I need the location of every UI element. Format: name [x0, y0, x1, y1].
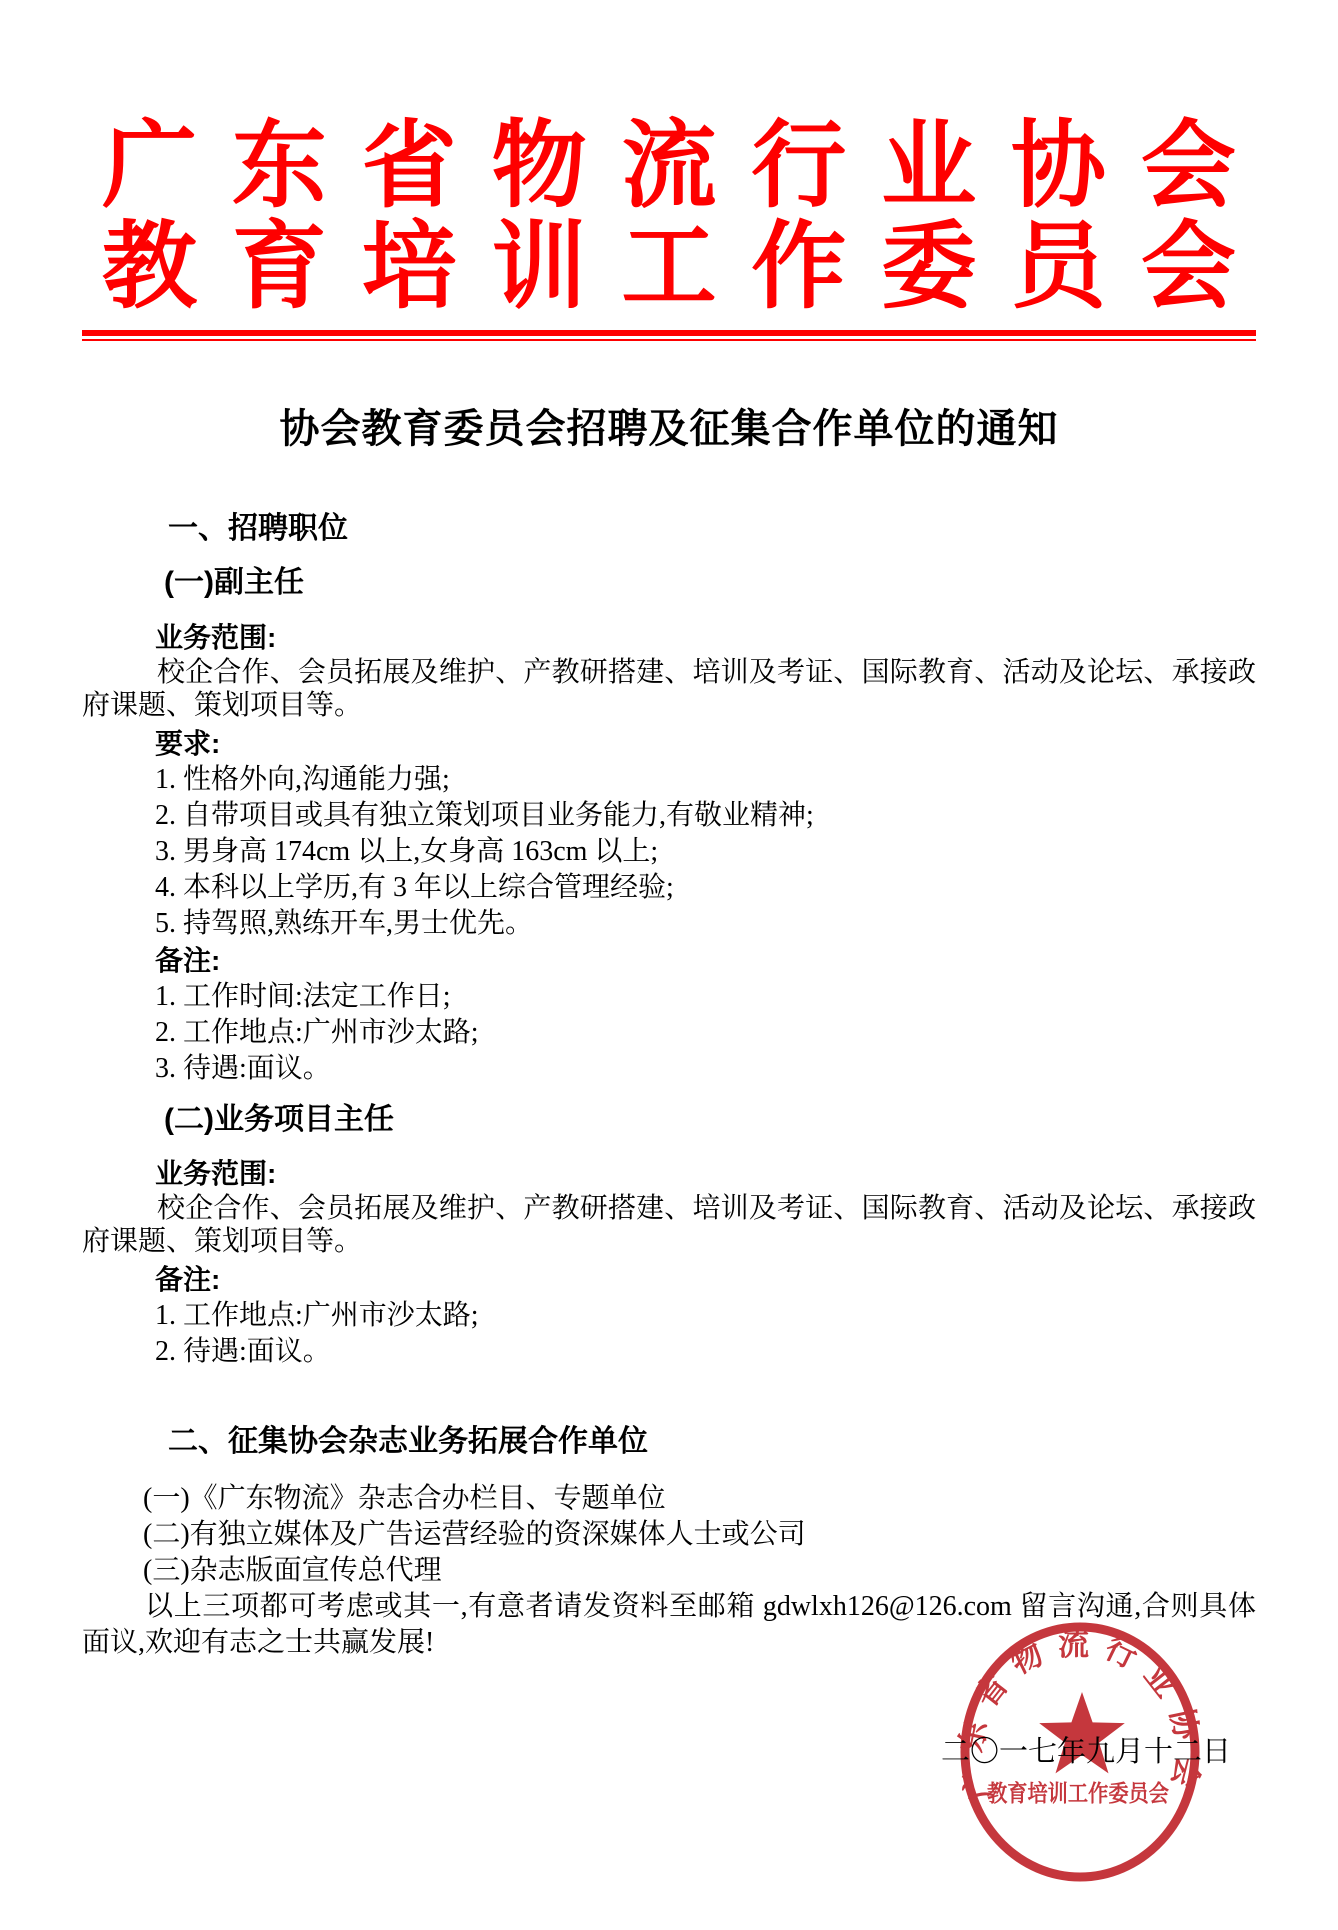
letterhead-line-1: 广东省物流行业协会	[82, 116, 1256, 217]
position-2-heading: (二)业务项目主任	[164, 1101, 1256, 1139]
scope-label-1: 业务范围:	[155, 620, 1256, 656]
section-1-heading: 一、招聘职位	[168, 510, 1256, 548]
position-1-heading: (一)副主任	[164, 564, 1256, 602]
note-item: 2. 工作地点:广州市沙太路;	[155, 1015, 1256, 1051]
requirement-item: 4. 本科以上学历,有 3 年以上综合管理经验;	[155, 870, 1256, 906]
note-item: 3. 待遇:面议。	[155, 1051, 1256, 1087]
collection-item: (二)有独立媒体及广告运营经验的资深媒体人士或公司	[143, 1517, 1256, 1553]
notes-label-2: 备注:	[155, 1262, 1256, 1298]
section-2-heading: 二、征集协会杂志业务拓展合作单位	[168, 1423, 1256, 1461]
rule-thick-line	[82, 330, 1256, 336]
requirement-item: 3. 男身高 174cm 以上,女身高 163cm 以上;	[155, 834, 1256, 870]
requirement-item: 2. 自带项目或具有独立策划项目业务能力,有敬业精神;	[155, 798, 1256, 834]
note-item: 1. 工作地点:广州市沙太路;	[155, 1298, 1256, 1334]
requirements-list: 1. 性格外向,沟通能力强; 2. 自带项目或具有独立策划项目业务能力,有敬业精…	[82, 762, 1256, 942]
collection-item: (三)杂志版面宣传总代理	[143, 1553, 1256, 1589]
requirement-item: 5. 持驾照,熟练开车,男士优先。	[155, 906, 1256, 942]
note-item: 2. 待遇:面议。	[155, 1334, 1256, 1370]
scope-text-2: 校企合作、会员拓展及维护、产教研搭建、培训及考证、国际教育、活动及论坛、承接政府…	[82, 1192, 1256, 1258]
collection-list: (一)《广东物流》杂志合办栏目、专题单位 (二)有独立媒体及广告运营经验的资深媒…	[82, 1481, 1256, 1589]
notes-list-2: 1. 工作地点:广州市沙太路; 2. 待遇:面议。	[82, 1298, 1256, 1370]
letterhead-line-2: 教育培训工作委员会	[82, 217, 1256, 318]
scope-text-1: 校企合作、会员拓展及维护、产教研搭建、培训及考证、国际教育、活动及论坛、承接政府…	[82, 656, 1256, 722]
requirements-label: 要求:	[155, 726, 1256, 762]
document-title: 协会教育委员会招聘及征集合作单位的通知	[82, 403, 1256, 455]
notes-list-1: 1. 工作时间:法定工作日; 2. 工作地点:广州市沙太路; 3. 待遇:面议。	[82, 979, 1256, 1087]
requirement-item: 1. 性格外向,沟通能力强;	[155, 762, 1256, 798]
rule-thin-line	[82, 339, 1256, 341]
scope-label-2: 业务范围:	[155, 1156, 1256, 1192]
stamp-bottom-text: 教育培训工作委员会	[987, 1780, 1169, 1806]
note-item: 1. 工作时间:法定工作日;	[155, 979, 1256, 1015]
document-page: 广东省物流行业协会 教育培训工作委员会 协会教育委员会招聘及征集合作单位的通知 …	[0, 116, 1338, 1661]
collection-item: (一)《广东物流》杂志合办栏目、专题单位	[143, 1481, 1256, 1517]
letterhead-rule	[82, 330, 1256, 341]
date-line: 二〇一七年九月十二日	[941, 1735, 1231, 1769]
letterhead: 广东省物流行业协会 教育培训工作委员会	[82, 116, 1256, 318]
notes-label-1: 备注:	[155, 943, 1256, 979]
